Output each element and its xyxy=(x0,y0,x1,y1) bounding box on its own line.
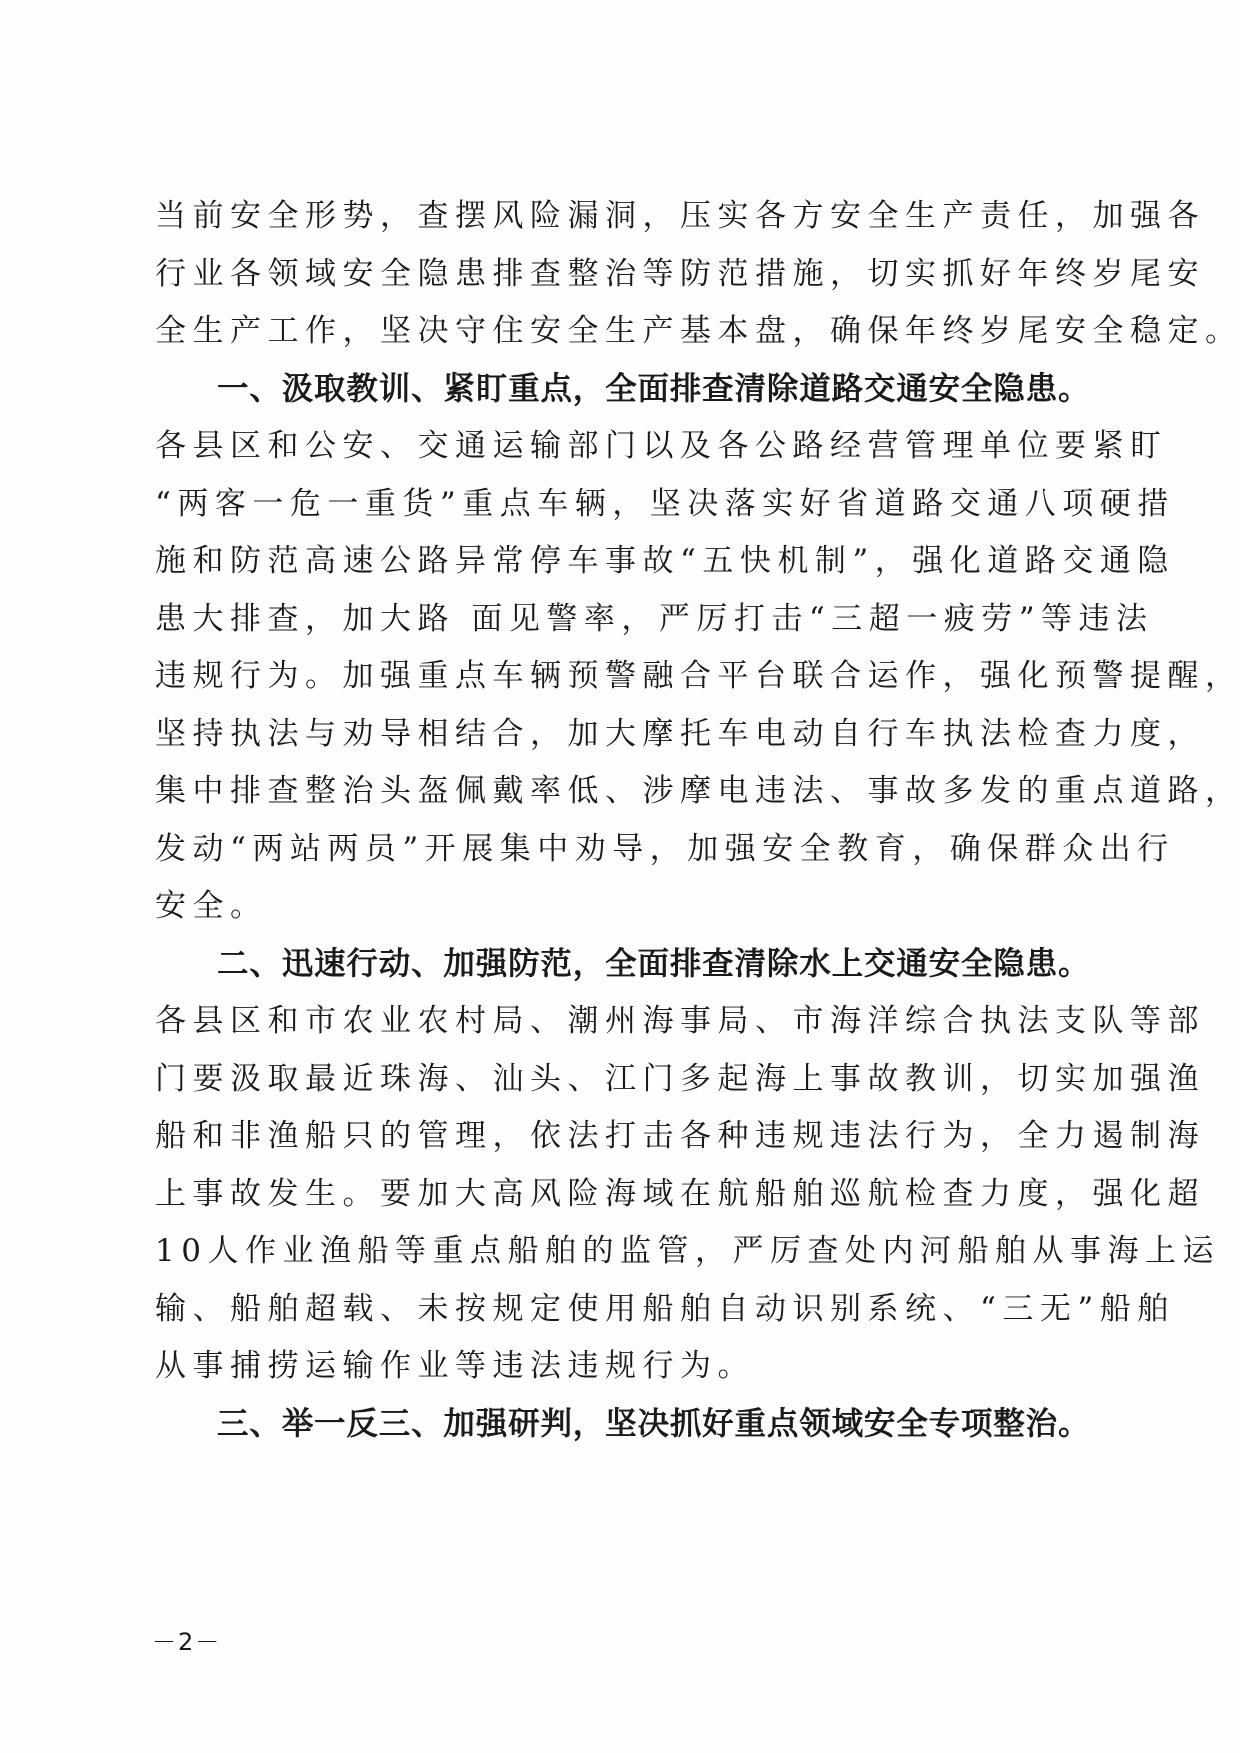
section-2-line: 船和非渔船只的管理，依法打击各种违规违法行为，全力遏制海 xyxy=(155,1108,1090,1166)
section-2-line: 门要汲取最近珠海、汕头、江门多起海上事故教训，切实加强渔 xyxy=(155,1051,1090,1109)
document-page: 当前安全形势，查摆风险漏洞，压实各方安全生产责任，加强各 行业各领域安全隐患排查… xyxy=(0,0,1240,1753)
section-1-line: 施和防范高速公路异常停车事故“五快机制”，强化道路交通隐 xyxy=(155,533,1090,591)
section-1-line: 违规行为。加强重点车辆预警融合平台联合运作，强化预警提醒， xyxy=(155,648,1090,706)
section-1-line: 坚持执法与劝导相结合，加大摩托车电动自行车执法检查力度， xyxy=(155,706,1090,764)
page-number: －2－ xyxy=(152,1622,221,1657)
section-2-line: 从事捕捞运输作业等违法违规行为。 xyxy=(155,1338,1090,1396)
section-2-line: 10人作业渔船等重点船舶的监管，严厉查处内河船舶从事海上运 xyxy=(155,1223,1090,1281)
section-1-line: 发动“两站两员”开展集中劝导，加强安全教育，确保群众出行 xyxy=(155,821,1090,879)
section-1-line: 安全。 xyxy=(155,878,1090,936)
section-heading-3: 三、举一反三、加强研判，坚决抓好重点领域安全专项整治。 xyxy=(155,1396,1090,1454)
intro-line: 全生产工作，坚决守住安全生产基本盘，确保年终岁尾安全稳定。 xyxy=(155,303,1090,361)
intro-line: 当前安全形势，查摆风险漏洞，压实各方安全生产责任，加强各 xyxy=(155,188,1090,246)
section-2-line: 各县区和市农业农村局、潮州海事局、市海洋综合执法支队等部 xyxy=(155,993,1090,1051)
section-1-line: 患大排查，加大路 面见警率，严厉打击“三超一疲劳”等违法 xyxy=(155,591,1090,649)
section-heading-2: 二、迅速行动、加强防范，全面排查清除水上交通安全隐患。 xyxy=(155,936,1090,994)
section-2-line: 上事故发生。要加大高风险海域在航船舶巡航检查力度，强化超 xyxy=(155,1166,1090,1224)
document-body: 当前安全形势，查摆风险漏洞，压实各方安全生产责任，加强各 行业各领域安全隐患排查… xyxy=(155,188,1090,1453)
section-heading-1: 一、汲取教训、紧盯重点，全面排查清除道路交通安全隐患。 xyxy=(155,361,1090,419)
section-1-line: 集中排查整治头盔佩戴率低、涉摩电违法、事故多发的重点道路， xyxy=(155,763,1090,821)
section-2-line: 输、船舶超载、未按规定使用船舶自动识别系统、“三无”船舶 xyxy=(155,1281,1090,1339)
section-1-line: “两客一危一重货”重点车辆，坚决落实好省道路交通八项硬措 xyxy=(155,476,1090,534)
section-1-line: 各县区和公安、交通运输部门以及各公路经营管理单位要紧盯 xyxy=(155,418,1090,476)
intro-line: 行业各领域安全隐患排查整治等防范措施，切实抓好年终岁尾安 xyxy=(155,246,1090,304)
